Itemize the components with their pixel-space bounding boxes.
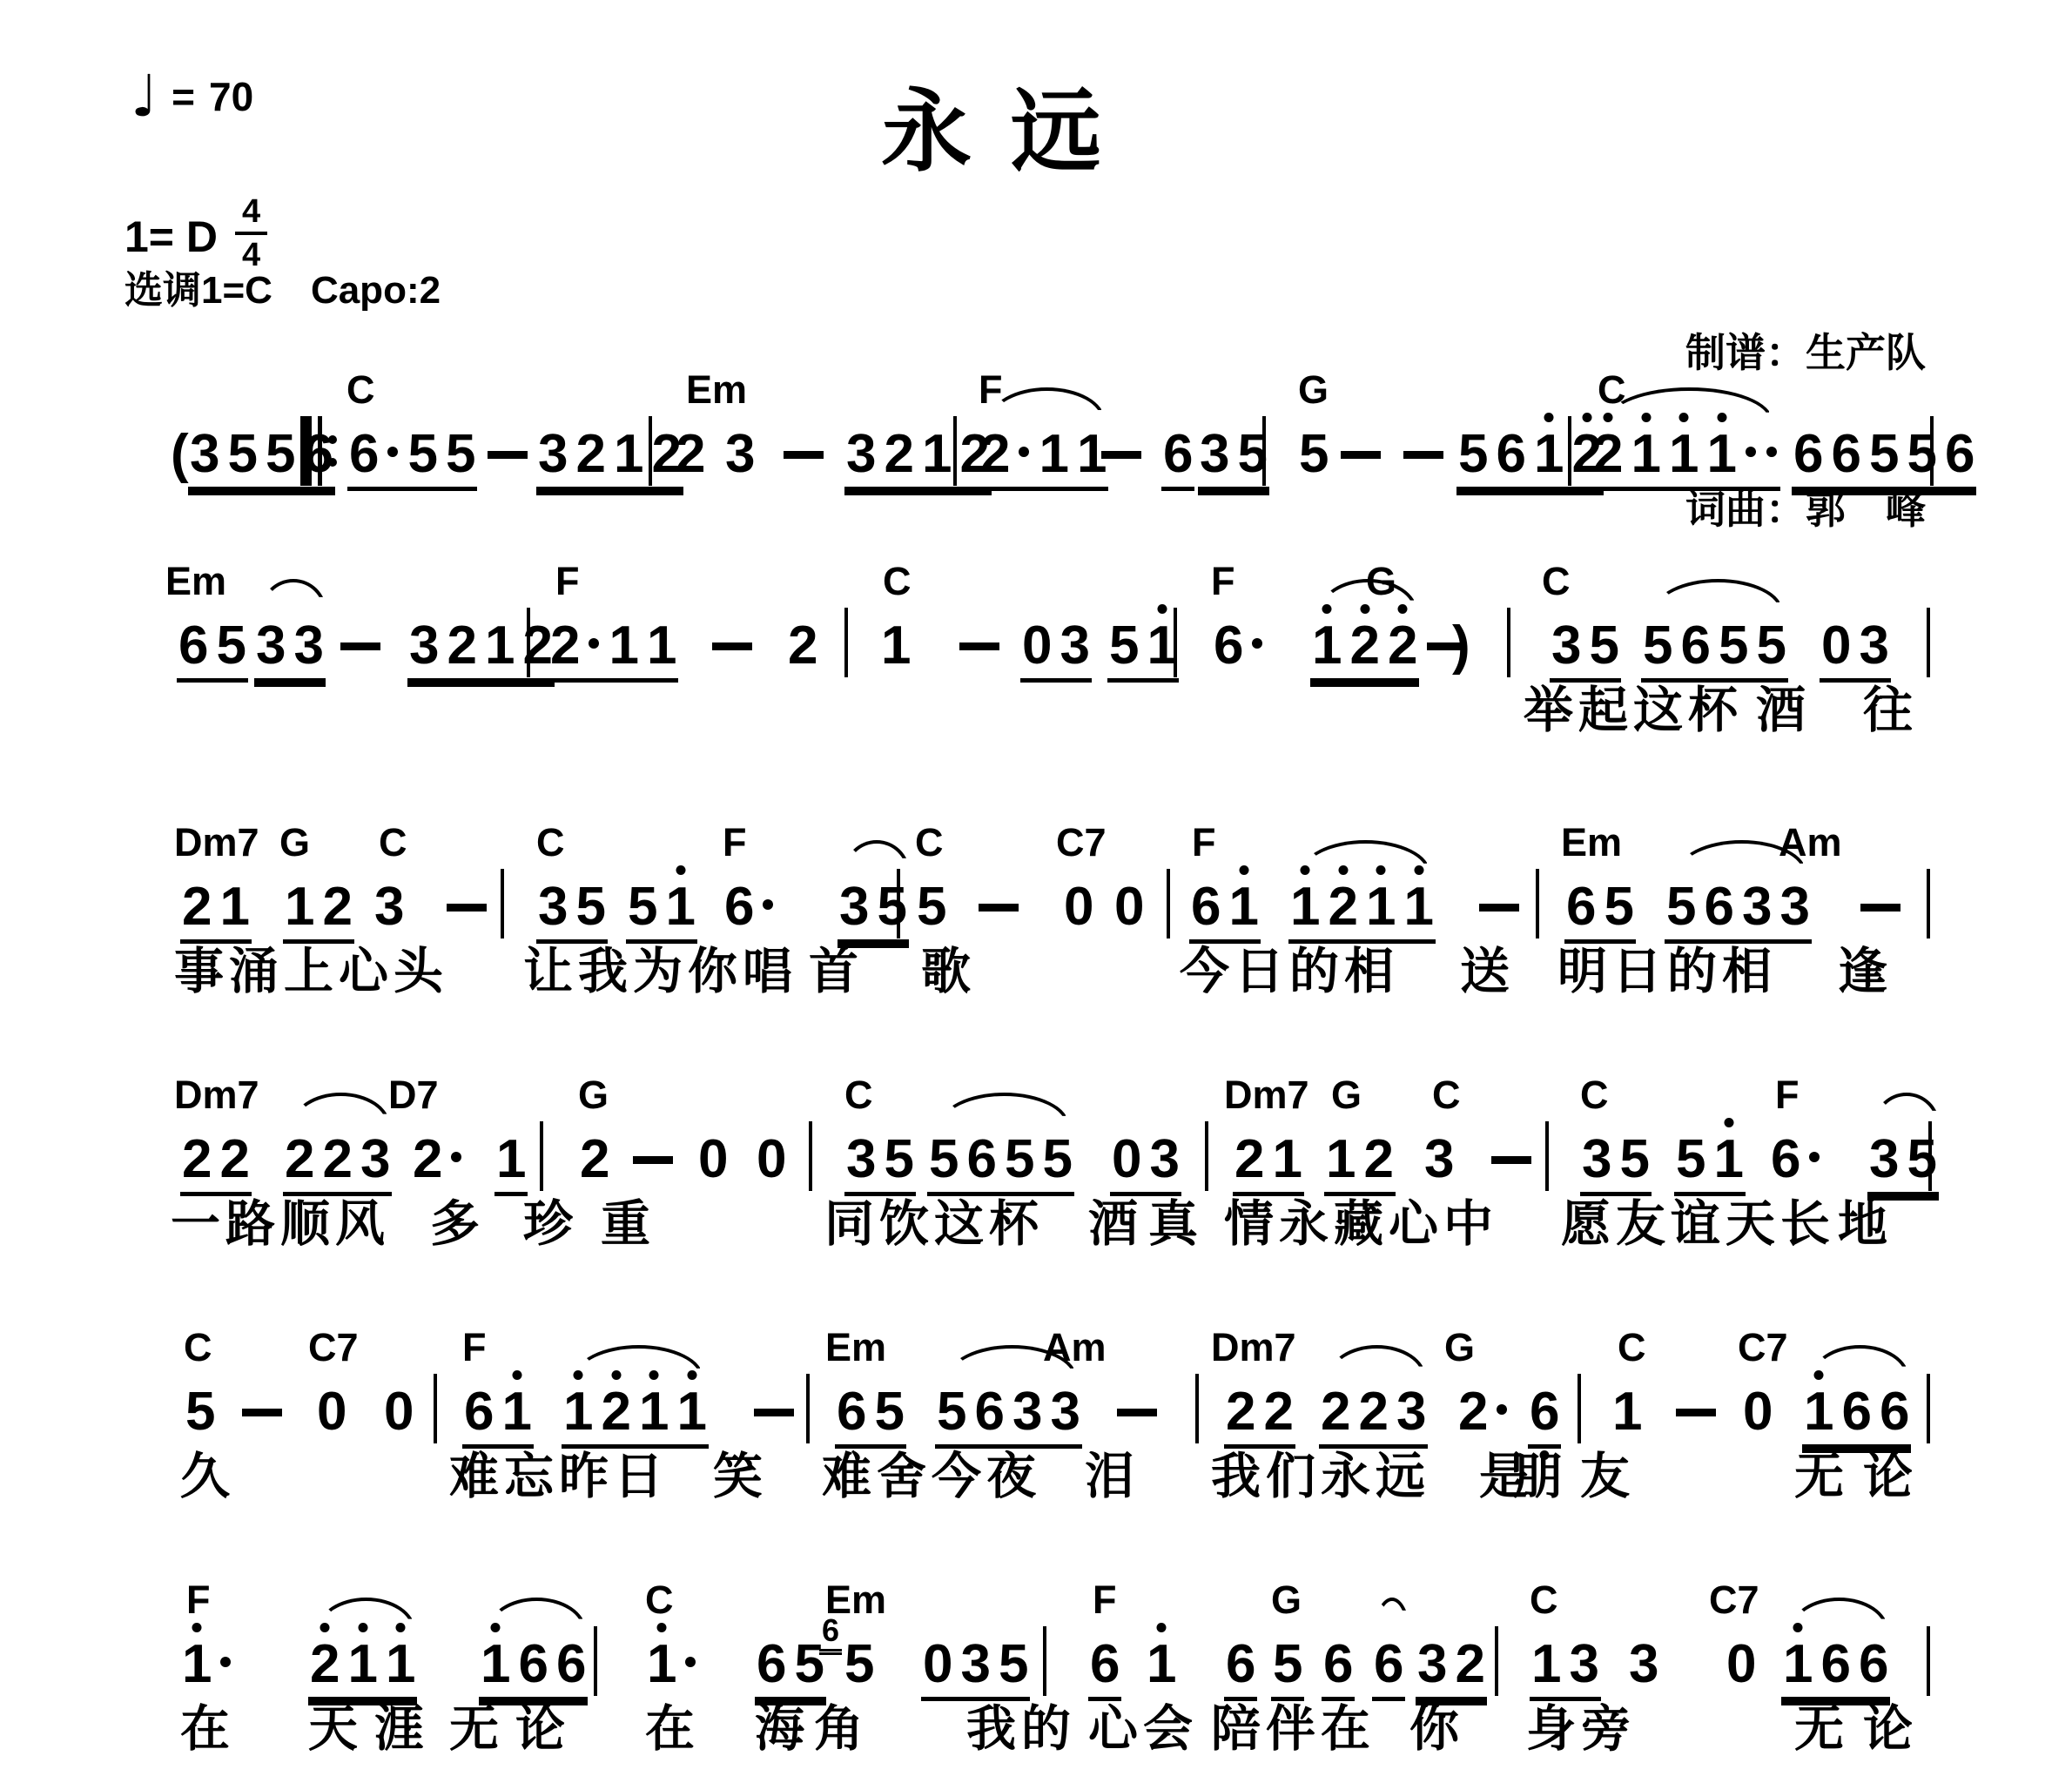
- note-digit: 1: [563, 1385, 593, 1439]
- note-digit: 0: [1726, 1638, 1756, 1692]
- note-digit: 1: [347, 1638, 377, 1692]
- note-digit: 1: [285, 880, 314, 934]
- note-digit: 3: [1149, 1133, 1179, 1187]
- lyric-text: 论: [515, 1705, 570, 1754]
- chord-label: C: [915, 823, 944, 862]
- note-group: 51: [1107, 619, 1179, 683]
- note-group: 122: [1310, 619, 1419, 683]
- note-group: 5: [1271, 1638, 1304, 1701]
- note-digit: 3: [839, 880, 869, 934]
- note-digit: 6: [1945, 427, 1974, 481]
- chord-label: C7: [1709, 1580, 1759, 1619]
- note-group: 21: [180, 880, 252, 944]
- note-digit: 5: [1458, 427, 1488, 481]
- note-group: 3: [373, 880, 406, 939]
- note-digit: 6: [1880, 1385, 1909, 1439]
- note-digit: 6: [1374, 1638, 1403, 1692]
- lyric-text: 陪伴在: [1211, 1705, 1376, 1754]
- note-group: 2: [1456, 1385, 1510, 1444]
- note-digit: 2: [447, 619, 476, 673]
- note-digit: 6: [1214, 619, 1243, 673]
- note-group: 211: [308, 1638, 417, 1701]
- barline: [1205, 1121, 1208, 1191]
- note-digit: 1: [1631, 427, 1660, 481]
- score-area: CEmFGC(355665532122332122116355561221116…: [0, 0, 2072, 1776]
- note-digit: 1: [1147, 619, 1176, 673]
- note-group: 51: [626, 880, 697, 944]
- note-digit: 1: [665, 880, 695, 934]
- chord-label: Em: [1561, 823, 1622, 862]
- barline: [1043, 1626, 1046, 1696]
- augmentation-dot-icon: [450, 1133, 463, 1187]
- note-digit: 5: [185, 1385, 215, 1439]
- lyric-text: 你: [1409, 1705, 1464, 1754]
- note-digit: 0: [1112, 1133, 1141, 1187]
- chord-label: F: [462, 1328, 487, 1367]
- lyric-text: 情永藏心中: [1224, 1200, 1498, 1249]
- chord-label: G: [279, 823, 310, 862]
- note-digit: 6: [1680, 619, 1710, 673]
- note-digit: 6: [1566, 880, 1596, 934]
- chord-label: C: [844, 1075, 873, 1114]
- note-group: 22: [1224, 1385, 1295, 1449]
- note-group: 166: [1781, 1638, 1890, 1701]
- chord-label: G: [578, 1075, 609, 1114]
- note-digit: 2: [310, 1638, 340, 1692]
- note-digit: 0: [1064, 880, 1093, 934]
- barline: [897, 869, 900, 938]
- note-digit: 1: [1272, 1133, 1302, 1187]
- note-digit: 1: [386, 1638, 415, 1692]
- note-digit: 6: [1841, 1385, 1871, 1439]
- lyric-text: 酒: [1756, 686, 1811, 736]
- note-group: 211: [979, 427, 1108, 491]
- augmentation-dot-icon: [1018, 427, 1031, 481]
- note-group: 03: [1110, 1133, 1181, 1196]
- note-group: 1: [494, 1133, 528, 1196]
- note-digit: 3: [1582, 1133, 1611, 1187]
- chord-label: F: [1093, 1580, 1117, 1619]
- note-digit: 0: [384, 1385, 414, 1439]
- chord-label: D7: [388, 1075, 439, 1114]
- barline: [1536, 869, 1539, 938]
- chord-label: G: [1271, 1580, 1302, 1619]
- note-digit: 2: [1363, 1133, 1393, 1187]
- chord-label: C7: [308, 1328, 359, 1367]
- note-digit: 1: [1290, 880, 1320, 934]
- note-digit: 6: [178, 619, 208, 673]
- note-group: 0: [382, 1385, 415, 1444]
- note-digit: 3: [1779, 880, 1809, 934]
- note-digit: 2: [1455, 1638, 1484, 1692]
- chord-label: Em: [825, 1328, 886, 1367]
- barline: [1930, 416, 1934, 486]
- note-group: 0: [696, 1133, 730, 1192]
- note-digit: 1: [881, 619, 911, 673]
- note-digit: 1: [922, 427, 952, 481]
- note-group: 2: [411, 1133, 465, 1192]
- note-digit: 2: [1321, 1385, 1350, 1439]
- note-group: 6: [1161, 427, 1194, 491]
- note-group: 32: [1416, 1638, 1487, 1701]
- note-digit: 5: [929, 1133, 959, 1187]
- barline: [501, 869, 504, 938]
- note-digit: 6: [1530, 1385, 1559, 1439]
- note-digit: 2: [1593, 427, 1623, 481]
- barline: [844, 608, 848, 677]
- barline: [1927, 608, 1930, 677]
- note-digit: 3: [1869, 1133, 1899, 1187]
- lyric-text: 送: [1460, 947, 1515, 997]
- chord-label: C: [184, 1328, 212, 1367]
- barline: [527, 608, 530, 677]
- note-digit: 2: [788, 619, 817, 673]
- duration-dash-icon: [1479, 904, 1519, 912]
- note-digit: 5: [1589, 619, 1618, 673]
- note-group: 2: [578, 1133, 611, 1192]
- lyric-text: 论: [1863, 1452, 1918, 1502]
- barline: [649, 416, 652, 486]
- augmentation-dot-icon: [1251, 619, 1264, 673]
- note-digit: 3: [1200, 427, 1229, 481]
- note-group: 12: [1324, 1133, 1396, 1196]
- note-digit: 2: [219, 1133, 249, 1187]
- chord-label: C: [1432, 1075, 1461, 1114]
- lyric-text: 事涌上心头: [174, 947, 448, 997]
- barline: [1568, 416, 1571, 486]
- grace-note: 6: [819, 1615, 842, 1652]
- lyric-text: 笑: [713, 1452, 768, 1502]
- note-digit: 5: [1042, 1133, 1072, 1187]
- note-digit: 0: [698, 1133, 728, 1187]
- lyric-text: 在: [645, 1705, 700, 1754]
- note-digit: 1: [1534, 427, 1564, 481]
- lyric-text: 让我为你唱: [523, 947, 797, 997]
- note-digit: 6: [1163, 427, 1193, 481]
- lyric-text: 无: [1794, 1705, 1849, 1754]
- note-digit: 3: [538, 880, 568, 934]
- duration-dash-icon: [1101, 451, 1141, 459]
- note-group: 1: [1611, 1385, 1644, 1444]
- note-digit: 1: [1147, 1638, 1176, 1692]
- note-digit: 3: [409, 619, 439, 673]
- note-group: 1: [879, 619, 912, 678]
- duration-dash-icon: [979, 904, 1019, 912]
- note-group: 0: [1062, 880, 1095, 939]
- note-digit: 1: [1366, 880, 1396, 934]
- duration-dash-icon: [447, 904, 487, 912]
- note-digit: 0: [923, 1638, 952, 1692]
- note-group: 5612: [1456, 427, 1604, 491]
- note-group: 35: [1198, 427, 1269, 491]
- note-digit: 6: [1793, 427, 1823, 481]
- chord-label: F: [555, 562, 580, 601]
- note-digit: 5: [1666, 880, 1696, 934]
- barline: [434, 1374, 437, 1443]
- note-digit: 2: [1388, 619, 1417, 673]
- note-digit: 5: [884, 1133, 913, 1187]
- note-digit: 1: [639, 1385, 669, 1439]
- note-digit: 5: [1109, 619, 1139, 673]
- note-digit: 6: [1496, 427, 1525, 481]
- note-group: 5633: [935, 1385, 1082, 1449]
- note-group: 22: [180, 1133, 252, 1196]
- note-group: 0: [755, 1133, 788, 1192]
- note-digit: 2: [1263, 1385, 1293, 1439]
- lyric-text: 角: [814, 1705, 869, 1754]
- note-digit: 2: [413, 1133, 442, 1187]
- note-group: 61: [1189, 880, 1261, 944]
- note-digit: 2: [322, 880, 352, 934]
- note-digit: 6: [1820, 1638, 1850, 1692]
- chord-label: G: [1331, 1075, 1362, 1114]
- note-digit: 1: [609, 619, 638, 673]
- note-digit: 0: [317, 1385, 346, 1439]
- note-digit: 3: [538, 427, 568, 481]
- lyric-text: 难舍今夜: [822, 1452, 1041, 1502]
- note-digit: 3: [1742, 880, 1772, 934]
- chord-label: C: [346, 370, 375, 409]
- lyric-text: 酒: [1088, 1200, 1143, 1249]
- lyric-text: 论: [1863, 1705, 1918, 1754]
- note-group: 35: [1580, 1133, 1652, 1196]
- augmentation-dot-icon: [219, 1638, 232, 1692]
- note-digit: 5: [917, 880, 946, 934]
- barline: [1167, 869, 1170, 938]
- augmentation-dot-icon: [684, 1638, 697, 1692]
- note-digit: 2: [1358, 1385, 1388, 1439]
- note-digit: 6: [464, 1385, 494, 1439]
- note-group: 3212: [536, 427, 683, 491]
- note-digit: 0: [757, 1133, 786, 1187]
- chord-label: F: [1192, 823, 1216, 862]
- barline: [1507, 608, 1510, 677]
- note-group: 6: [1212, 619, 1266, 678]
- note-group: 35: [536, 880, 608, 944]
- note-group: 1: [645, 1638, 699, 1697]
- duration-dash-icon: [1491, 1156, 1531, 1164]
- note-digit: 6: [518, 1638, 548, 1692]
- note-group: 6: [1322, 1638, 1355, 1701]
- note-digit: 1: [1706, 427, 1736, 481]
- barline: [1495, 1626, 1498, 1696]
- note-digit: 5: [216, 619, 246, 673]
- lyric-text: 身旁: [1526, 1705, 1636, 1754]
- chord-label: F: [186, 1580, 211, 1619]
- note-group: 21: [1233, 1133, 1304, 1196]
- note-digit: 0: [1114, 880, 1144, 934]
- chord-label: Dm7: [1211, 1328, 1296, 1367]
- note-digit: 6: [757, 1638, 786, 1692]
- lyric-text: 同饮这杯: [824, 1200, 1044, 1249]
- note-group: 6: [1528, 1385, 1561, 1449]
- barline: [540, 1121, 543, 1191]
- note-group: 5: [915, 880, 948, 939]
- note-digit: 1: [647, 1638, 676, 1692]
- chord-label: C: [1530, 1580, 1558, 1619]
- note-digit: 3: [725, 427, 755, 481]
- augmentation-dot-icon: [588, 619, 601, 673]
- note-digit: 3: [1629, 1638, 1658, 1692]
- note-digit: 3: [256, 619, 286, 673]
- note-digit: 6: [1831, 427, 1860, 481]
- note-digit: 3: [960, 1638, 990, 1692]
- note-group: 3212: [407, 619, 555, 683]
- note-group: 33: [254, 619, 326, 683]
- note-digit: 2: [322, 1133, 352, 1187]
- note-digit: 1: [481, 1638, 510, 1692]
- note-digit: 0: [1022, 619, 1052, 673]
- note-digit: 5: [1676, 1133, 1705, 1187]
- note-digit: 2: [1349, 619, 1379, 673]
- note-digit: 6: [837, 1385, 866, 1439]
- note-group: 166: [479, 1638, 588, 1701]
- duration-dash-icon: [784, 451, 824, 459]
- duration-dash-icon: [754, 1409, 794, 1416]
- note-group: 2: [786, 619, 819, 678]
- note-digit: 2: [980, 427, 1010, 481]
- barline: [1578, 1374, 1581, 1443]
- barline: [1545, 1121, 1549, 1191]
- note-digit: 5: [227, 427, 257, 481]
- chord-label: C: [1542, 562, 1571, 601]
- duration-dash-icon: [633, 1156, 673, 1164]
- note-digit: 5: [874, 1385, 904, 1439]
- note-group: 1211: [1288, 880, 1436, 944]
- note-digit: 5: [999, 1638, 1028, 1692]
- note-group: 6: [1088, 1638, 1121, 1701]
- note-digit: 1: [1804, 1385, 1833, 1439]
- barline: [1927, 1626, 1930, 1696]
- lyric-text: 往: [1863, 686, 1918, 736]
- note-digit: 5: [1643, 619, 1672, 673]
- note-digit: 5: [1604, 880, 1633, 934]
- note-digit: 6: [556, 1638, 586, 1692]
- note-digit: 1: [676, 1385, 706, 1439]
- note-digit: 6: [1323, 1638, 1353, 1692]
- lyric-text: 珍: [523, 1200, 578, 1249]
- lyric-text: 涯: [374, 1705, 429, 1754]
- note-digit: 2: [285, 1133, 314, 1187]
- note-digit: 6: [1771, 1133, 1800, 1187]
- note-group: 035: [921, 1638, 1030, 1701]
- duration-dash-icon: [1860, 904, 1900, 912]
- chord-label: C7: [1056, 823, 1107, 862]
- note-digit: 5: [877, 880, 906, 934]
- note-digit: 2: [1226, 1385, 1255, 1439]
- chord-label: G: [1298, 370, 1329, 409]
- lyric-text: 歌: [921, 947, 976, 997]
- note-digit: 1: [1531, 1638, 1561, 1692]
- note-group: 5: [843, 1638, 876, 1697]
- chord-label: Em: [686, 370, 747, 409]
- note-digit: 1: [614, 427, 643, 481]
- lyric-text: 地: [1838, 1200, 1893, 1249]
- note-group: 6: [1372, 1638, 1405, 1701]
- note-digit: 5: [407, 427, 437, 481]
- lyric-text: 心会: [1088, 1705, 1198, 1754]
- chord-label: C: [1618, 1328, 1646, 1367]
- note-digit: 6: [1090, 1638, 1120, 1692]
- augmentation-dot-icon: [1808, 1133, 1821, 1187]
- notation-text: ): [1452, 619, 1470, 673]
- note-digit: 6: [1191, 880, 1221, 934]
- duration-dash-icon: [712, 642, 752, 650]
- note-digit: 1: [1783, 1638, 1813, 1692]
- note-digit: 1: [1312, 619, 1342, 673]
- note-digit: 3: [1417, 1638, 1447, 1692]
- note-digit: 1: [1228, 880, 1258, 934]
- duration-dash-icon: [1117, 1409, 1157, 1416]
- sheet-music-page: ♩ = 70 1= D 4 4 选调1=C Capo:2 永 远 制谱：生产队 …: [0, 0, 2072, 1776]
- lyric-text: 朋: [1513, 1452, 1568, 1502]
- note-digit: 0: [1743, 1385, 1773, 1439]
- chord-label: Dm7: [174, 823, 259, 862]
- lyric-text: 友: [1580, 1452, 1635, 1502]
- lyric-text: 真: [1148, 1200, 1203, 1249]
- chord-label: C: [1580, 1075, 1609, 1114]
- duration-dash-icon: [488, 451, 528, 459]
- chord-label: C: [883, 562, 912, 601]
- note-digit: 1: [1612, 1385, 1642, 1439]
- chord-label: G: [1444, 1328, 1475, 1367]
- note-group: 2111: [1591, 427, 1780, 491]
- note-digit: 5: [446, 427, 475, 481]
- note-group: 5: [184, 1385, 217, 1444]
- note-digit: 3: [1396, 1385, 1426, 1439]
- lyric-text: 举起这杯: [1524, 686, 1743, 736]
- lyric-text: 天: [308, 1705, 363, 1754]
- note-group: 03: [1820, 619, 1891, 683]
- note-group: 51: [1674, 1133, 1746, 1196]
- note-digit: 2: [182, 1133, 212, 1187]
- note-group: 35: [844, 1133, 916, 1196]
- note-group: 223: [283, 1133, 392, 1196]
- chord-label: Dm7: [174, 1075, 259, 1114]
- note-digit: 6: [974, 1385, 1004, 1439]
- note-group: 3: [723, 427, 757, 487]
- lyric-text: 在: [180, 1705, 235, 1754]
- chord-label: C: [645, 1580, 674, 1619]
- note-group: 5: [1297, 427, 1330, 487]
- note-digit: 5: [1719, 619, 1748, 673]
- note-digit: 5: [1273, 1638, 1302, 1692]
- lyric-text: 泪: [1085, 1452, 1140, 1502]
- note-digit: 6: [966, 1133, 996, 1187]
- barline: [1928, 1121, 1932, 1191]
- note-digit: 1: [1669, 427, 1699, 481]
- note-group: 0: [1741, 1385, 1774, 1444]
- note-group: 655: [347, 427, 477, 491]
- lyric-text: 久: [180, 1452, 235, 1502]
- duration-dash-icon: [1676, 1409, 1716, 1416]
- note-digit: 3: [1424, 1133, 1454, 1187]
- notation-text: (: [171, 427, 189, 481]
- note-digit: 1: [182, 1638, 212, 1692]
- note-group: 03: [1020, 619, 1092, 683]
- lyric-text: 海: [755, 1705, 810, 1754]
- chord-label: C: [379, 823, 407, 862]
- chord-label: F: [1775, 1075, 1800, 1114]
- chord-label: C7: [1738, 1328, 1788, 1367]
- note-group: 5655: [1641, 619, 1788, 683]
- lyric-text: 今日的相: [1180, 947, 1399, 997]
- note-digit: 2: [550, 619, 580, 673]
- note-digit: 3: [374, 880, 404, 934]
- chord-label: C: [536, 823, 565, 862]
- note-digit: 3: [293, 619, 323, 673]
- lyric-text: 无: [449, 1705, 504, 1754]
